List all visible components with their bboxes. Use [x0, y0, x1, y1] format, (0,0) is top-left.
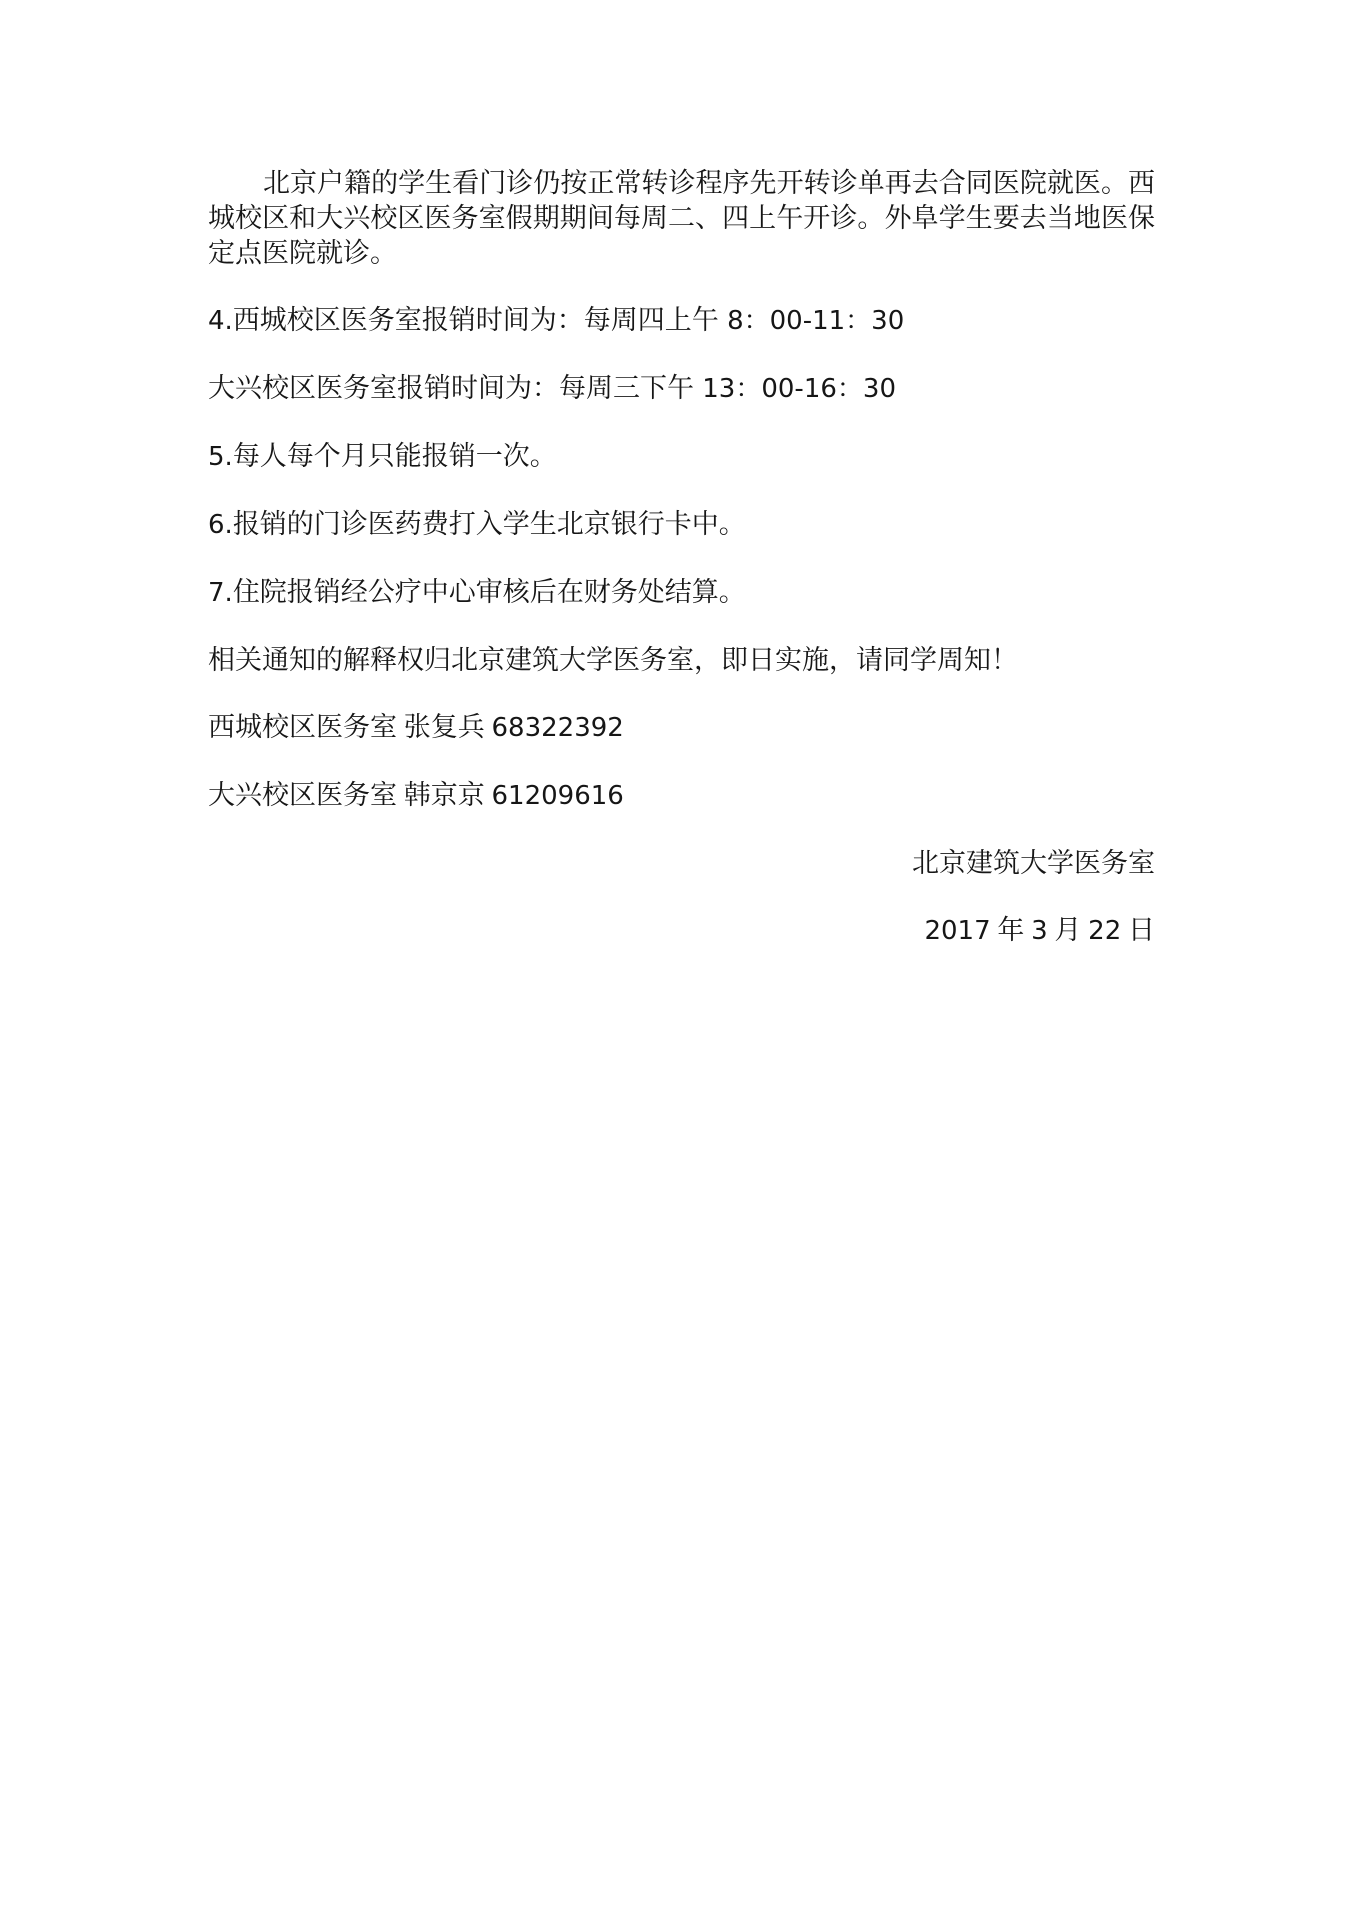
text-run-cjk: 年	[991, 915, 1032, 945]
item-5-once-per-month: 5.每人每个月只能报销一次。	[208, 439, 1155, 475]
text-run-num: 4.	[208, 306, 233, 336]
contact-daxing-clinic: 大兴校区医务室 韩京京 61209616	[208, 778, 1155, 814]
text-run-cjk: 北京建筑大学医务室	[912, 848, 1155, 878]
text-run-cjk: 西城校区医务室报销时间为：每周四上午	[233, 305, 719, 335]
text-run-num: 7.	[208, 578, 233, 608]
item-6-bank-card: 6.报销的门诊医药费打入学生北京银行卡中。	[208, 507, 1155, 543]
text-run-cjk: 西城校区医务室 张复兵	[208, 712, 492, 742]
text-run-num: 6.	[208, 510, 233, 540]
item-7-hospitalization-settlement: 7.住院报销经公疗中心审核后在财务处结算。	[208, 575, 1155, 611]
text-run-num: 61209616	[492, 781, 624, 811]
document-page: 北京户籍的学生看门诊仍按正常转诊程序先开转诊单再去合同医院就医。西城校区和大兴校…	[0, 0, 1364, 1930]
text-run-cjk: 报销的门诊医药费打入学生北京银行卡中。	[233, 509, 746, 539]
text-run-num: 3	[1031, 916, 1048, 946]
text-run-num: 22	[1088, 916, 1121, 946]
contact-xicheng-clinic: 西城校区医务室 张复兵 68322392	[208, 710, 1155, 746]
para-beijing-residents-policy: 北京户籍的学生看门诊仍按正常转诊程序先开转诊单再去合同医院就医。西城校区和大兴校…	[208, 166, 1155, 271]
text-run-cjk: 月	[1048, 915, 1089, 945]
signature-organization: 北京建筑大学医务室	[208, 846, 1155, 881]
item-daxing-reimbursement-time: 大兴校区医务室报销时间为：每周三下午 13：00-16：30	[208, 371, 1155, 407]
text-run-cjk: 大兴校区医务室 韩京京	[208, 780, 492, 810]
signature-date: 2017 年 3 月 22 日	[208, 913, 1155, 949]
document-body: 北京户籍的学生看门诊仍按正常转诊程序先开转诊单再去合同医院就医。西城校区和大兴校…	[208, 166, 1155, 981]
para-interpretation-note: 相关通知的解释权归北京建筑大学医务室，即日实施，请同学周知！	[208, 643, 1155, 678]
text-run-cjk: 住院报销经公疗中心审核后在财务处结算。	[233, 577, 746, 607]
text-run-num: 13：00-16：30	[694, 374, 896, 404]
text-run-cjk: 北京户籍的学生看门诊仍按正常转诊程序先开转诊单再去合同医院就医。西城校区和大兴校…	[208, 168, 1155, 268]
text-run-num: 8：00-11：30	[719, 306, 904, 336]
text-run-cjk: 相关通知的解释权归北京建筑大学医务室，即日实施，请同学周知！	[208, 645, 1018, 675]
text-run-cjk: 每人每个月只能报销一次。	[233, 441, 557, 471]
text-run-num: 68322392	[492, 713, 624, 743]
text-run-num: 2017	[924, 916, 990, 946]
text-run-num: 5.	[208, 442, 233, 472]
text-run-cjk: 日	[1121, 915, 1155, 945]
item-4-xicheng-reimbursement-time: 4.西城校区医务室报销时间为：每周四上午 8：00-11：30	[208, 303, 1155, 339]
text-run-cjk: 大兴校区医务室报销时间为：每周三下午	[208, 373, 694, 403]
